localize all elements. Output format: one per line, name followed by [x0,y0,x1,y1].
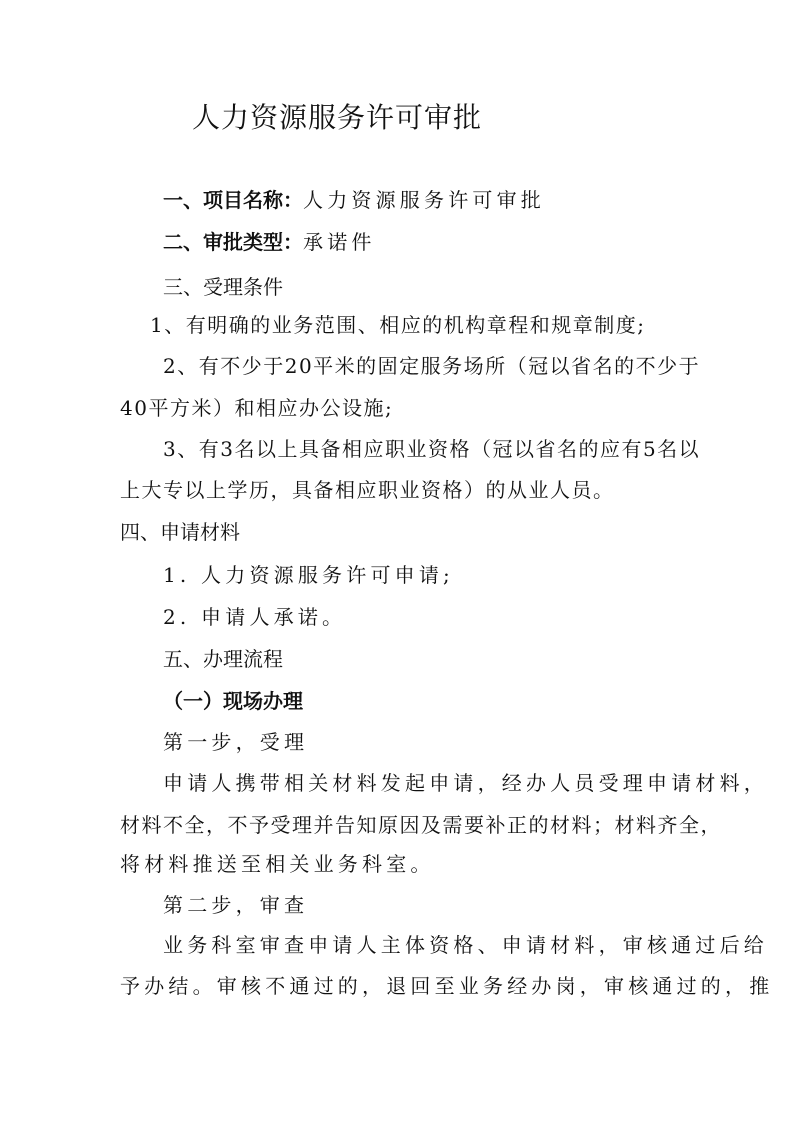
item-name-row: 一、项目名称：人力资源服务许可审批 [163,187,545,213]
process-heading: 五、办理流程 [163,646,283,672]
process-subheading: （一）现场办理 [163,688,303,714]
approval-type-value: 承诺件 [303,230,376,254]
item-name-label: 一、项目名称： [163,188,303,212]
materials-heading: 四、申请材料 [120,519,240,545]
approval-type-label: 二、审批类型： [163,230,303,254]
material-item-1: 1. 人力资源服务许可申请; [163,562,454,588]
conditions-heading: 三、受理条件 [163,274,283,300]
step1-title: 第一步，受理 [163,729,308,755]
condition-line-3: 40平方米）和相应办公设施; [120,395,393,421]
step2-line-1: 业务科室审查申请人主体资格、申请材料，审核通过后给 [163,932,768,958]
condition-line-5: 上大专以上学历，具备相应职业资格）的从业人员。 [120,477,615,503]
item-name-value: 人力资源服务许可审批 [303,188,545,212]
document-page: 人力资源服务许可审批 一、项目名称：人力资源服务许可审批 二、审批类型：承诺件 … [0,0,793,1122]
step1-line-1: 申请人携带相关材料发起申请，经办人员受理申请材料， [163,770,768,796]
material-item-2: 2. 申请人承诺。 [163,604,346,630]
condition-line-1: 1、有明确的业务范围、相应的机构章程和规章制度; [150,312,645,338]
step1-line-2: 材料不全，不予受理并告知原因及需要补正的材料；材料齐全， [120,812,722,838]
step2-line-2: 予办结。审核不通过的，退回至业务经办岗，审核通过的，推 [120,973,773,999]
condition-line-4: 3、有3名以上具备相应职业资格（冠以省名的应有5名以 [163,436,700,462]
condition-line-2: 2、有不少于20平米的固定服务场所（冠以省名的不少于 [163,353,700,379]
step2-title: 第二步，审查 [163,892,308,918]
approval-type-row: 二、审批类型：承诺件 [163,229,376,255]
step1-line-3: 将材料推送至相关业务科室。 [120,851,435,877]
document-title: 人力资源服务许可审批 [192,100,482,136]
